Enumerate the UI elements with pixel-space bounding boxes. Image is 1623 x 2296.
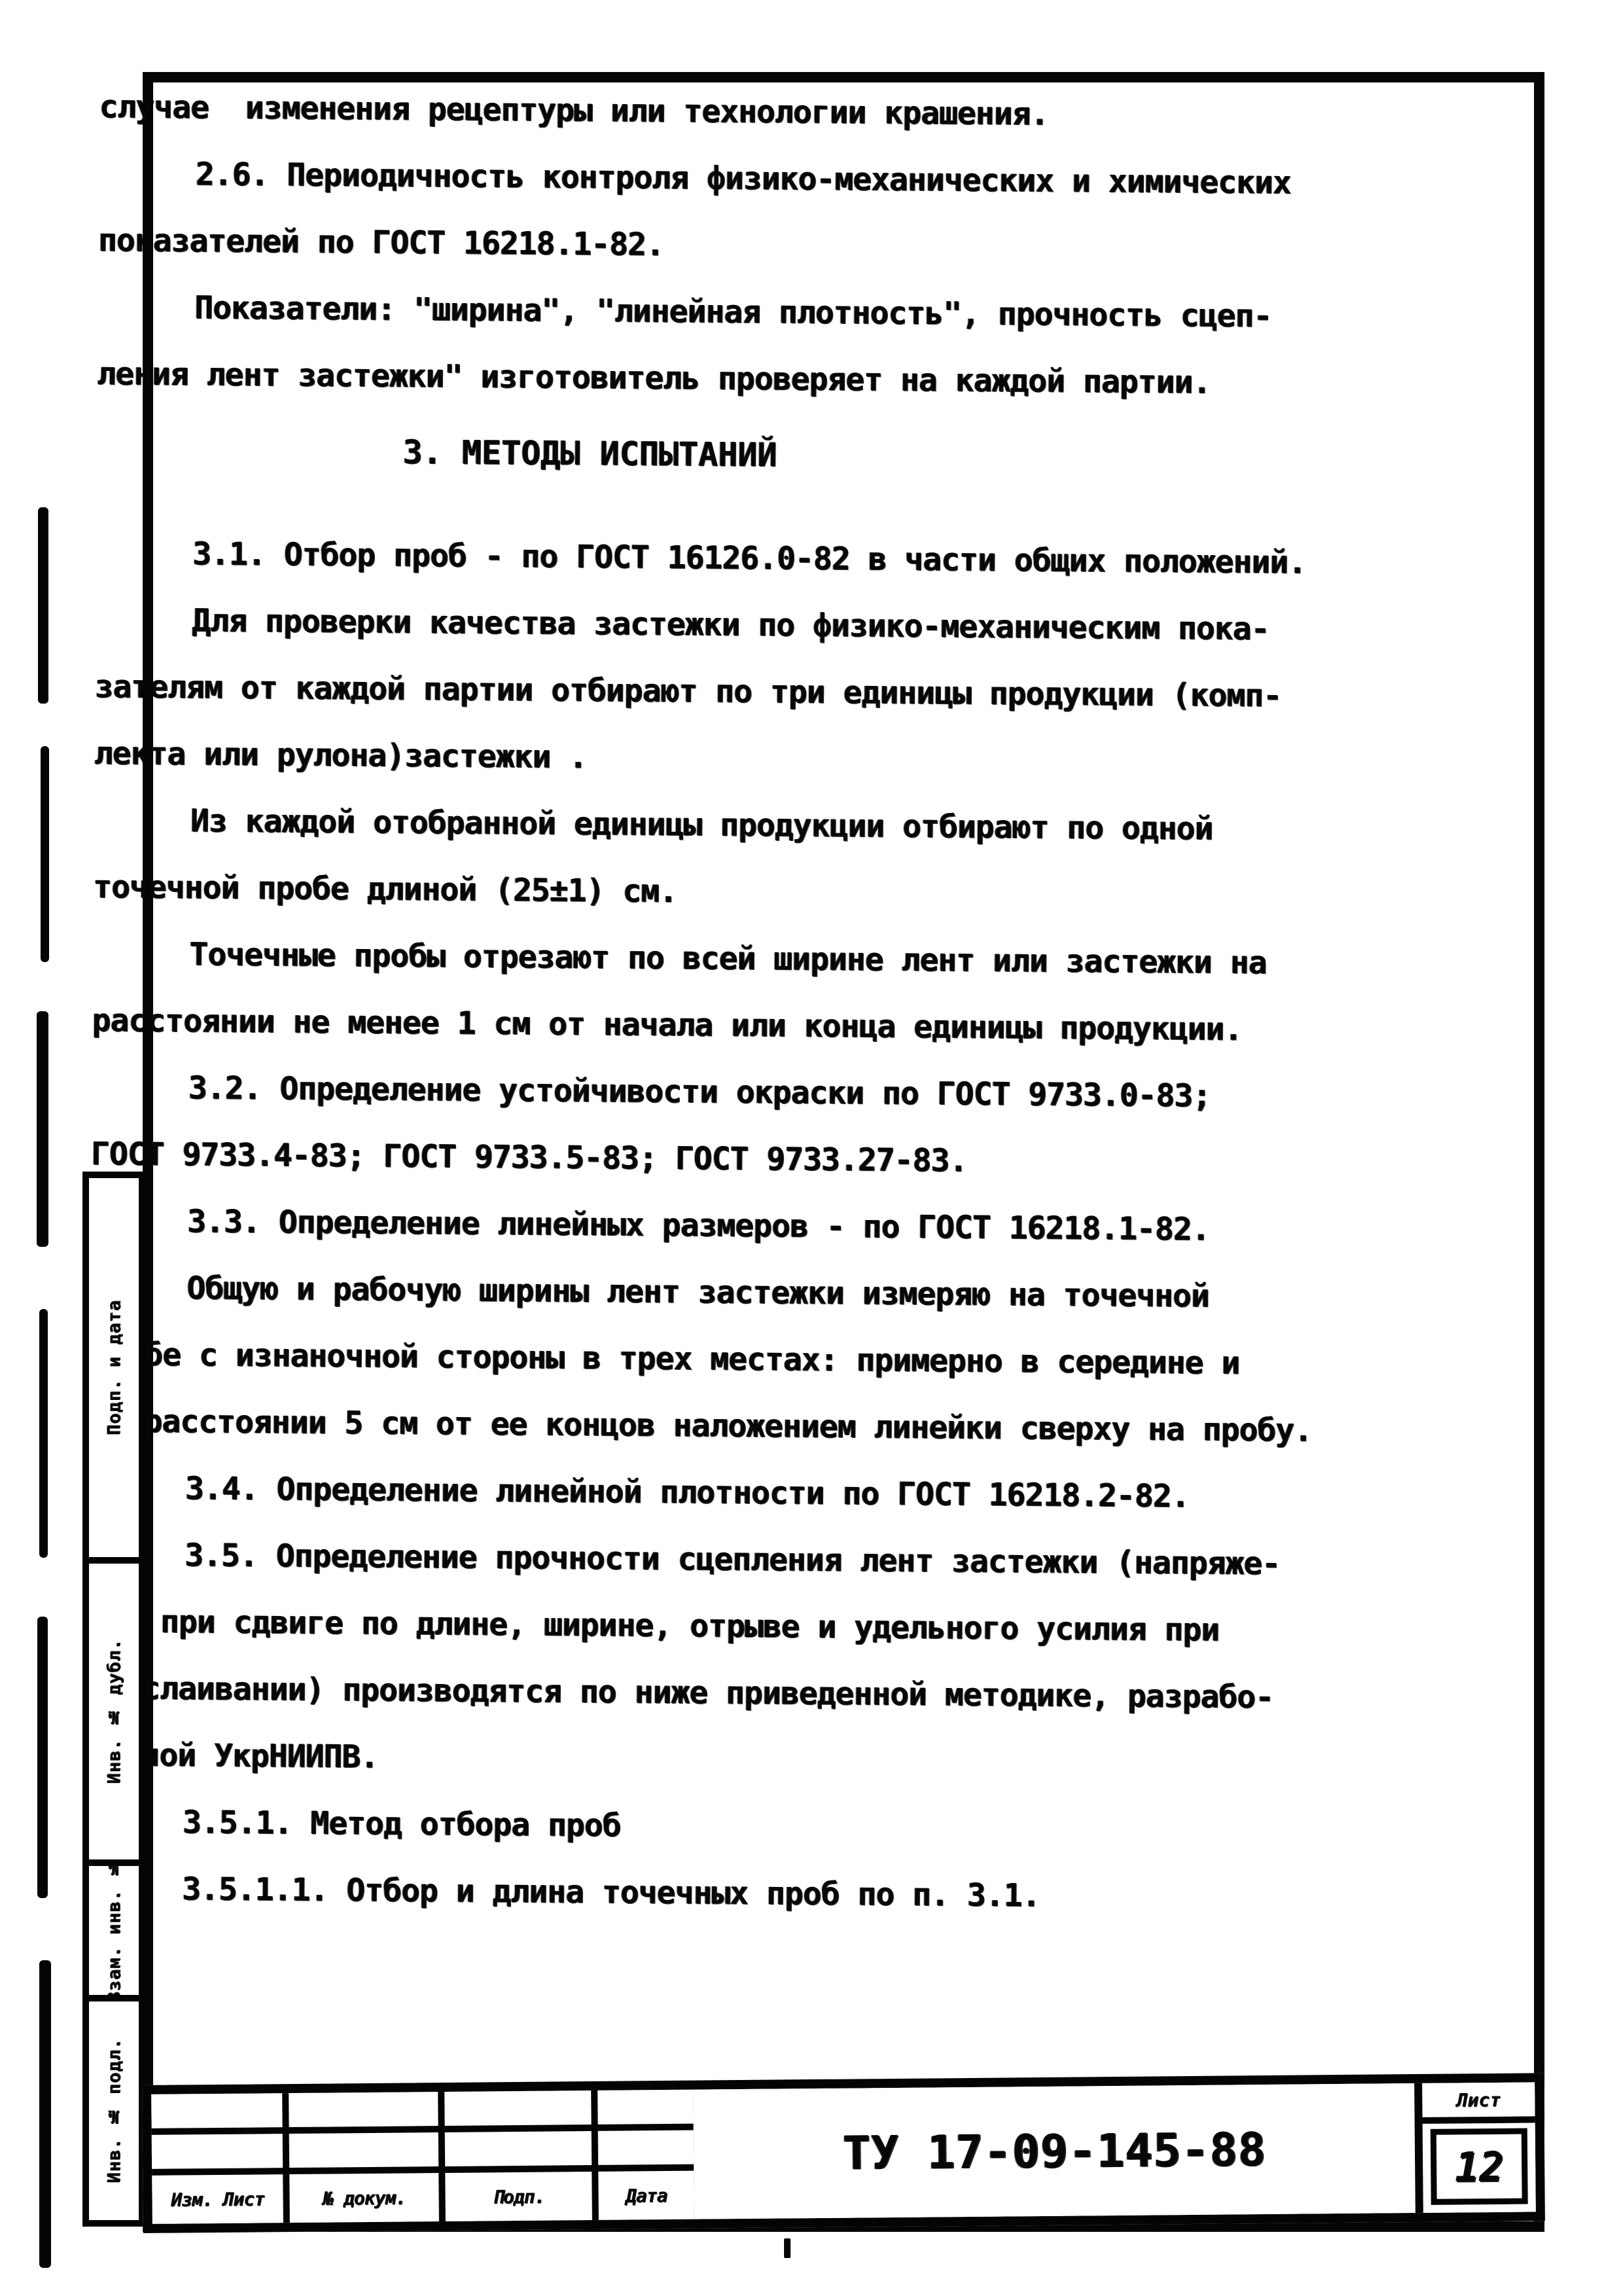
text-line: ления лент застежки" изготовитель провер… xyxy=(97,340,1609,419)
footer-column-no-dokum: № докум. xyxy=(289,2173,439,2223)
scan-edge-artifact xyxy=(38,507,48,704)
section-heading: 3. МЕТОДЫ ИСПЫТАНИЙ xyxy=(402,419,1609,495)
text-line: Общую и рабочую ширины лент застежки изм… xyxy=(90,1254,1602,1333)
text-line: лекта или рулона)застежки . xyxy=(94,720,1606,798)
grid-cell-empty xyxy=(597,2090,693,2125)
text-line: 3.1. Отбор проб - по ГОСТ 16126.0-82 в ч… xyxy=(96,520,1608,598)
text-line: расслаивании) производятся по ниже приве… xyxy=(86,1655,1599,1733)
text-line: пробе с изнаночной стороны в трех местах… xyxy=(89,1321,1601,1399)
stamp-cell-label: Подп. и дата xyxy=(104,1300,124,1435)
text-line: 3.5.1.1. Отбор и длина точечных проб по … xyxy=(85,1855,1597,1933)
grid-cell-empty xyxy=(598,2130,694,2165)
grid-cell-empty xyxy=(151,2093,282,2128)
grid-cell-empty xyxy=(289,2132,438,2168)
grid-cell-empty xyxy=(152,2134,283,2169)
stamp-cell: Взам. инв. № xyxy=(89,1866,139,2001)
text-line: случае изменения рецептуры или технологи… xyxy=(99,73,1611,152)
grid-cell-empty xyxy=(445,2131,592,2166)
scan-speck xyxy=(784,2238,791,2258)
text-line: ний при сдвиге по длине, ширине, отрыве … xyxy=(87,1588,1599,1666)
footer-column-podp: Подп. xyxy=(445,2172,592,2221)
text-line: на расстоянии 5 см от ее концов наложени… xyxy=(88,1388,1601,1466)
scan-edge-artifact xyxy=(39,1309,48,1558)
scan-edge-artifact xyxy=(37,1011,48,1247)
scan-edge-artifact xyxy=(39,1960,51,2268)
text-line: 3.4. Определение линейной плотности по Г… xyxy=(88,1454,1601,1533)
grid-cell-empty xyxy=(289,2092,438,2127)
sheet-label: Лист xyxy=(1422,2082,1535,2123)
footer-column-data: Дата xyxy=(598,2171,694,2220)
sheet-number: 12 xyxy=(1455,2142,1504,2191)
text-line: 3.2. Определение устойчивости окраски по… xyxy=(91,1054,1603,1132)
scan-edge-artifact xyxy=(37,1617,48,1898)
title-block-revision-grid: Изм. Лист № докум. Подп. Дата xyxy=(151,2090,694,2224)
stamp-cell-label: Взам. инв. № xyxy=(104,1866,124,2001)
text-line: 3.5. Определение прочности сцепления лен… xyxy=(88,1521,1600,1600)
stamp-cell: Подп. и дата xyxy=(89,1178,139,1564)
title-block-sheet: Лист 12 xyxy=(1414,2082,1536,2213)
text-line: танной УкрНИИПВ. xyxy=(86,1721,1598,1800)
footer-column-izm-list: Изм. Лист xyxy=(152,2174,283,2224)
text-line: Из каждой отобранной единицы продукции о… xyxy=(94,787,1606,865)
scan-edge-artifact xyxy=(41,746,49,962)
stamp-cell-label: Инв. № подл. xyxy=(104,2038,124,2183)
stamp-cell: Инв. № дубл. xyxy=(89,1564,139,1866)
text-line: точечной пробе длиной (25±1) см. xyxy=(93,853,1605,932)
text-line: Показатели: "ширина", "линейная плотност… xyxy=(98,274,1610,352)
text-line: зателям от каждой партии отбирают по три… xyxy=(94,653,1607,732)
text-line: ГОСТ 9733.4-83; ГОСТ 9733.5-83; ГОСТ 973… xyxy=(91,1121,1603,1199)
title-block: Изм. Лист № докум. Подп. Дата ТУ 17-09-1… xyxy=(142,2073,1545,2233)
text-line: показателей по ГОСТ 16218.1-82. xyxy=(98,207,1611,285)
text-line: Точечные пробы отрезают по всей ширине л… xyxy=(92,920,1605,999)
text-line: расстоянии не менее 1 см от начала или к… xyxy=(92,987,1604,1066)
text-line: 3.3. Определение линейных размеров - по … xyxy=(90,1187,1603,1266)
left-stamp-strip: Подп. и дата Инв. № дубл. Взам. инв. № И… xyxy=(82,1172,145,2227)
sheet-number-box: 12 xyxy=(1431,2128,1528,2205)
document-number: ТУ 17-09-145-88 xyxy=(842,2123,1266,2180)
text-line: 3.5.1. Метод отбора проб xyxy=(86,1788,1598,1867)
stamp-cell: Инв. № подл. xyxy=(89,2001,139,2220)
grid-cell-empty xyxy=(444,2090,591,2126)
document-body: случае изменения рецептуры или технологи… xyxy=(85,73,1611,1933)
text-line: 2.6. Периодичность контроля физико-механ… xyxy=(98,140,1611,219)
text-line: Для проверки качества застежки по физико… xyxy=(95,586,1607,665)
stamp-cell-label: Инв. № дубл. xyxy=(104,1639,124,1784)
title-block-center: ТУ 17-09-145-88 xyxy=(693,2083,1416,2219)
scanned-document-page: { "document": { "para1": [ "случае измен… xyxy=(0,0,1623,2296)
